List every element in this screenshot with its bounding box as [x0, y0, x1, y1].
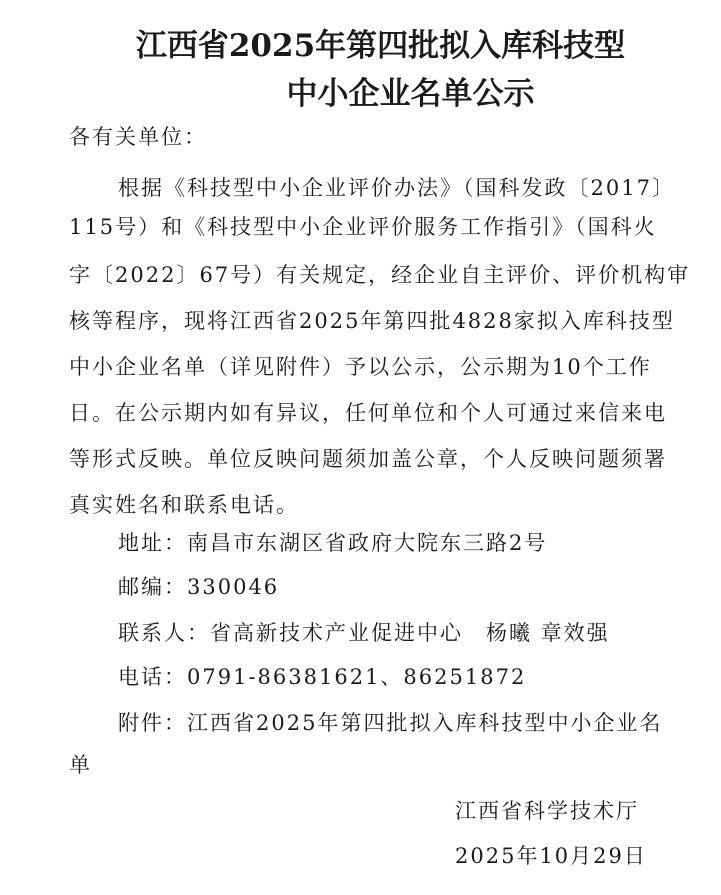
body-line-5: 中小企业名单（详见附件）予以公示，公示期为10个工作: [69, 354, 689, 380]
body-line-2: 115号）和《科技型中小企业评价服务工作指引》（国科火: [69, 214, 689, 240]
salutation: 各有关单位：: [69, 124, 689, 150]
body-line-7: 等形式反映。单位反映问题须加盖公章，个人反映问题须署: [69, 446, 689, 472]
document-title-line-2: 中小企业名单公示: [50, 68, 721, 113]
document-title-line-1: 江西省2025年第四批拟入库科技型: [20, 20, 721, 65]
signature-issuer: 江西省科学技术厅: [455, 798, 721, 824]
contact-phone: 电话：0791-86381621、86251872: [118, 664, 721, 690]
body-line-8: 真实姓名和联系电话。: [69, 492, 689, 518]
body-line-4: 核等程序，现将江西省2025年第四批4828家拟入库科技型: [69, 308, 689, 334]
signature-date: 2025年10月29日: [455, 843, 721, 869]
attachment-line-2: 单: [69, 752, 689, 778]
contact-person: 联系人：省高新技术产业促进中心 杨曦 章效强: [118, 620, 721, 646]
body-line-1: 根据《科技型中小企业评价办法》（国科发政〔2017〕: [118, 175, 721, 201]
body-line-6: 日。在公示期内如有异议，任何单位和个人可通过来信来电: [69, 400, 689, 426]
contact-address: 地址：南昌市东湖区省政府大院东三路2号: [118, 530, 721, 556]
body-line-3: 字〔2022〕67号）有关规定，经企业自主评价、评价机构审: [69, 262, 689, 288]
attachment-line-1: 附件：江西省2025年第四批拟入库科技型中小企业名: [118, 710, 721, 736]
contact-postcode: 邮编：330046: [118, 574, 721, 600]
